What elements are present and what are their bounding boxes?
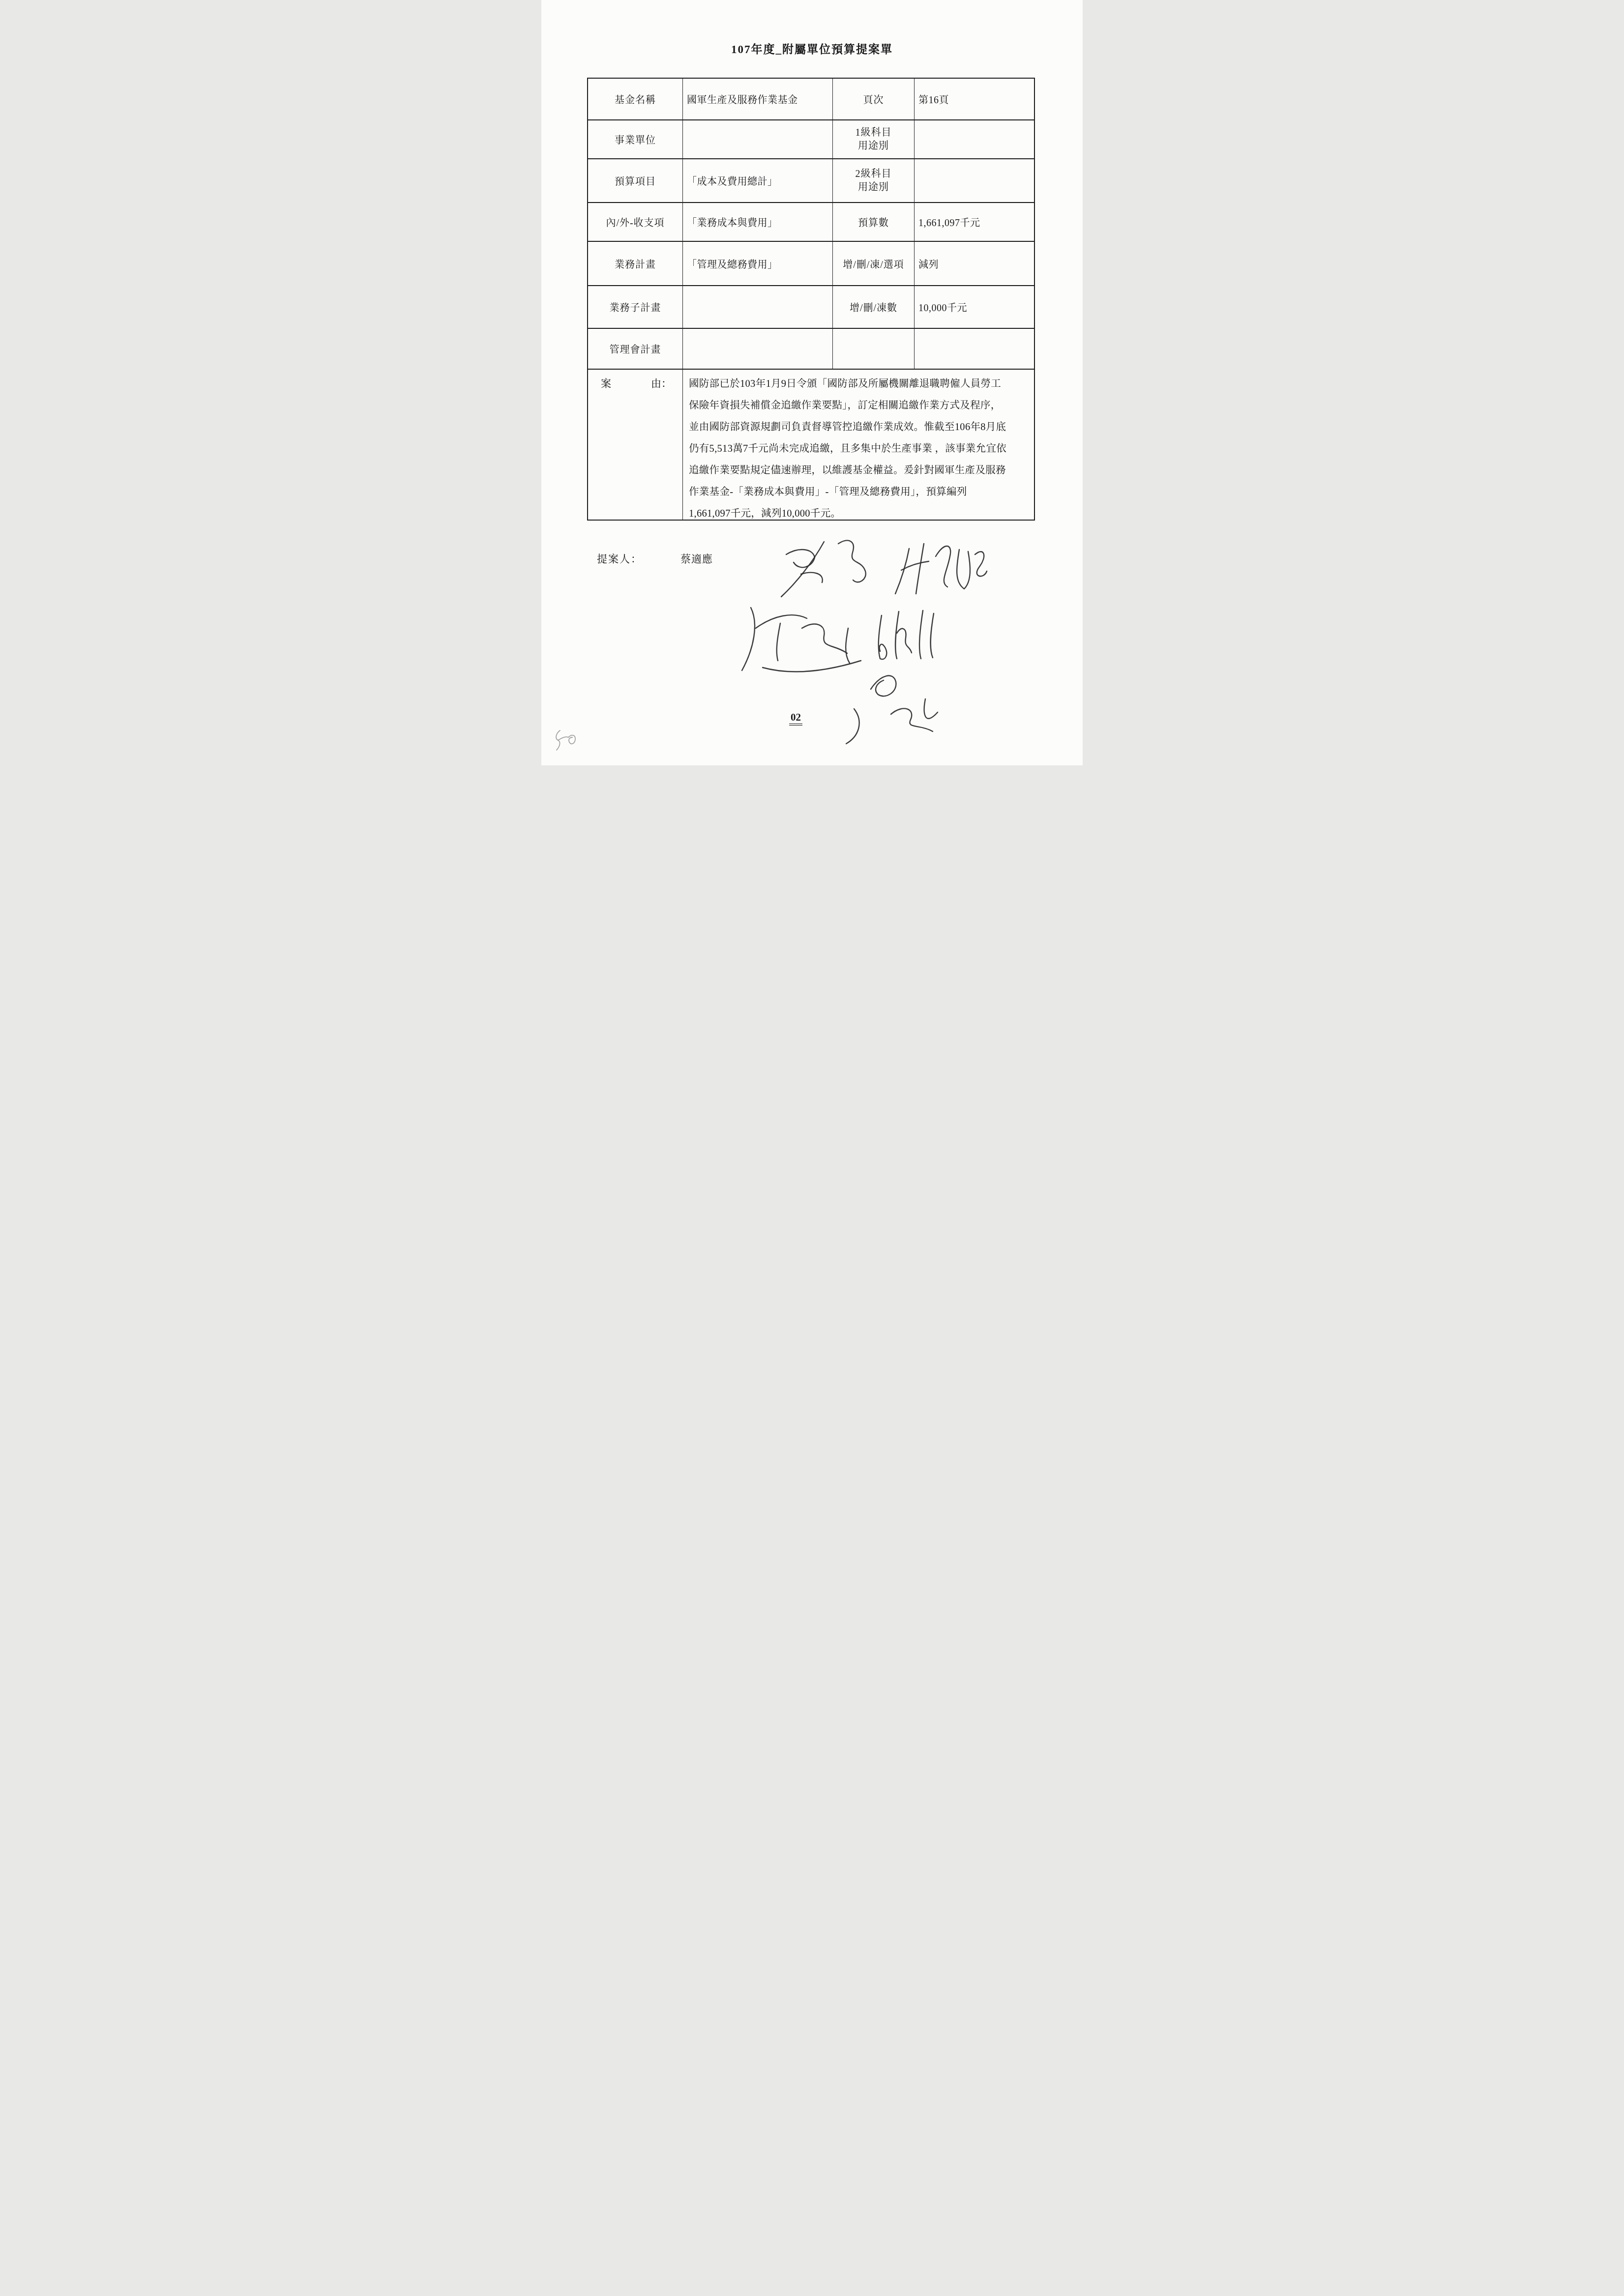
case-line: 並由國防部資源規劃司負責督導管控追繳作業成效。惟截至106年8月底 (689, 416, 1006, 438)
add-del-freeze-option-value: 減列 (914, 241, 1035, 285)
management-accounting-plan-label: 管理會計畫 (588, 328, 682, 369)
fund-name-value: 國軍生產及服務作業基金 (682, 79, 832, 119)
case-line: 保險年資損失補償金追繳作業要點」，訂定相關追繳作業方式及程序， (689, 395, 1001, 416)
business-plan-label: 業務計畫 (588, 241, 682, 285)
budget-amount-value: 1,661,097千元 (914, 202, 1035, 241)
signature-middle-left (742, 608, 861, 672)
in-out-item-label: 內/外-收支項 (588, 202, 682, 241)
add-del-freeze-amount-value: 10,000千元 (914, 285, 1035, 328)
signature-top-right (895, 544, 987, 594)
row7-col4-empty (914, 328, 1035, 369)
proposer-name: 蔡適應 (680, 551, 713, 566)
case-line: 追繳作業要點規定儘速辦理，以維護基金權益。爰針對國軍生產及服務 (689, 460, 1006, 481)
case-line: 1,661,097千元，減列10,000千元。 (689, 503, 841, 520)
scanned-budget-proposal-page: 107年度_附屬單位預算提案單 基金名稱 國軍生產及服務作業基金 頁次 第16頁… (541, 0, 1083, 765)
in-out-item-value: 「業務成本與費用」 (682, 202, 832, 241)
business-plan-value: 「管理及總務費用」 (682, 241, 832, 285)
budget-item-label: 預算項目 (588, 158, 682, 202)
level2-subject-label: 2級科目 用途別 (832, 158, 914, 202)
case-line: 作業基金-「業務成本與費用」-「管理及總務費用」，預算編列 (689, 481, 967, 503)
business-subplan-value (682, 285, 832, 328)
level1-subject-label: 1級科目 用途別 (832, 119, 914, 158)
signature-middle-right (879, 610, 934, 659)
handwritten-signatures (728, 527, 1043, 753)
case-line: 仍有5,513萬7千元尚未完成追繳，且多集中於生產事業 ，該事業允宜依 (689, 438, 1006, 460)
row7-col3-empty (832, 328, 914, 369)
page-title: 107年度_附屬單位預算提案單 (541, 40, 1083, 57)
add-del-freeze-amount-label: 增/刪/凍數 (832, 285, 914, 328)
business-unit-label: 事業單位 (588, 119, 682, 158)
case-line: 國防部已於103年1月9日令頒「國防部及所屬機關離退職聘僱人員勞工 (689, 373, 1001, 395)
fund-name-label: 基金名稱 (588, 79, 682, 119)
case-subject-text: 國防部已於103年1月9日令頒「國防部及所屬機關離退職聘僱人員勞工 保險年資損失… (682, 369, 1035, 520)
management-accounting-plan-value (682, 328, 832, 369)
case-subject-label: 案 由： (588, 369, 682, 520)
budget-amount-label: 預算數 (832, 202, 914, 241)
add-del-freeze-option-label: 增/刪/凍/選項 (832, 241, 914, 285)
level2-subject-value (914, 158, 1035, 202)
pencil-corner-note-50 (553, 727, 579, 753)
business-subplan-label: 業務子計畫 (588, 285, 682, 328)
business-unit-value (682, 119, 832, 158)
signature-proposer (781, 541, 866, 597)
level1-subject-value (914, 119, 1035, 158)
budget-item-value: 「成本及費用總計」 (682, 158, 832, 202)
budget-proposal-table: 基金名稱 國軍生產及服務作業基金 頁次 第16頁 事業單位 1級科目 用途別 預… (587, 78, 1035, 521)
page-index-value: 第16頁 (914, 79, 1035, 119)
proposer-label: 提案人： (597, 551, 642, 566)
page-number: 02 (789, 711, 802, 726)
signature-bottom-center (846, 676, 938, 744)
page-index-label: 頁次 (832, 79, 914, 119)
